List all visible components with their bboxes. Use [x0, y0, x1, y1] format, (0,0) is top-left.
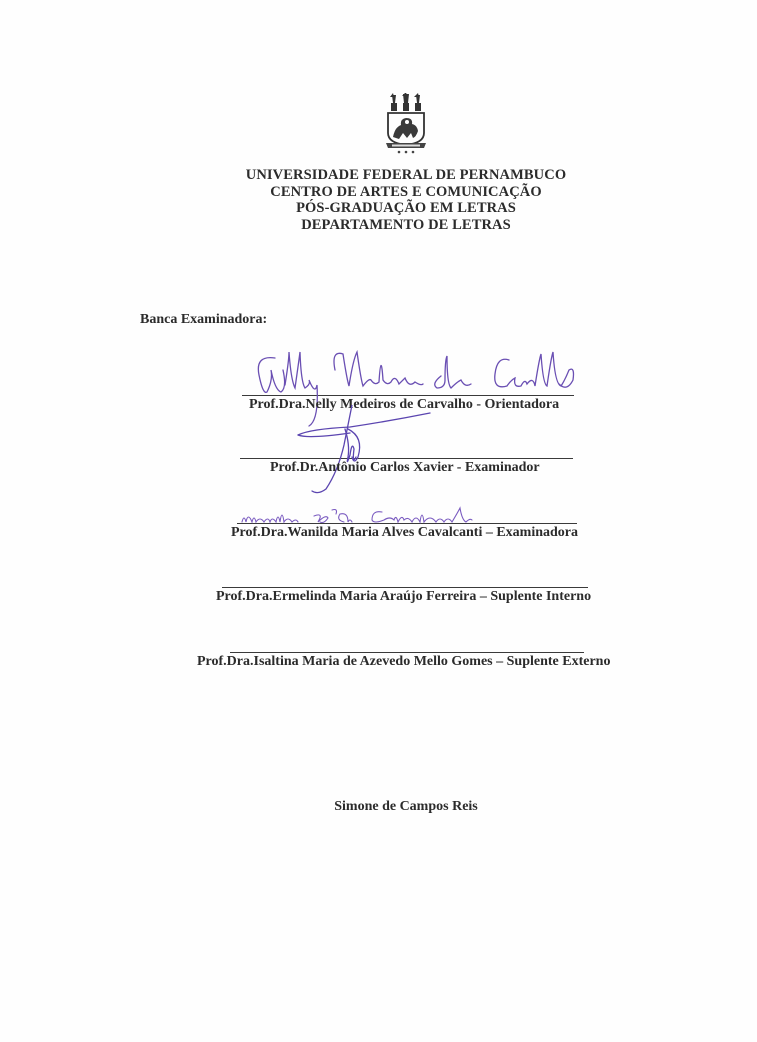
handwritten-signature — [290, 405, 450, 495]
ufpe-crest-icon — [383, 93, 429, 155]
program-name: PÓS-GRADUAÇÃO EM LETRAS — [0, 200, 757, 217]
center-name: CENTRO DE ARTES E COMUNICAÇÃO — [0, 184, 757, 201]
committee-member-name: Prof.Dra.Wanilda Maria Alves Cavalcanti … — [231, 525, 578, 541]
handwritten-signature — [245, 340, 585, 430]
department-name: DEPARTAMENTO DE LETRAS — [0, 217, 757, 234]
document-page: UNIVERSIDADE FEDERAL DE PERNAMBUCO CENTR… — [0, 0, 757, 1042]
institution-header: UNIVERSIDADE FEDERAL DE PERNAMBUCO CENTR… — [0, 167, 757, 233]
signature-line — [222, 587, 588, 588]
author-name: Simone de Campos Reis — [0, 799, 757, 815]
committee-member-name: Prof.Dra.Isaltina Maria de Azevedo Mello… — [197, 654, 610, 670]
signature-line — [240, 458, 573, 459]
committee-label: Banca Examinadora: — [140, 312, 267, 328]
committee-member-name: Prof.Dra.Ermelinda Maria Araújo Ferreira… — [216, 589, 591, 605]
signature-line — [237, 523, 577, 524]
committee-member-name: Prof.Dra.Nelly Medeiros de Carvalho - Or… — [249, 397, 559, 413]
committee-member-name: Prof.Dr.Antônio Carlos Xavier - Examinad… — [270, 460, 540, 476]
signature-line — [230, 652, 584, 653]
signature-line — [242, 395, 574, 396]
university-name: UNIVERSIDADE FEDERAL DE PERNAMBUCO — [0, 167, 757, 184]
